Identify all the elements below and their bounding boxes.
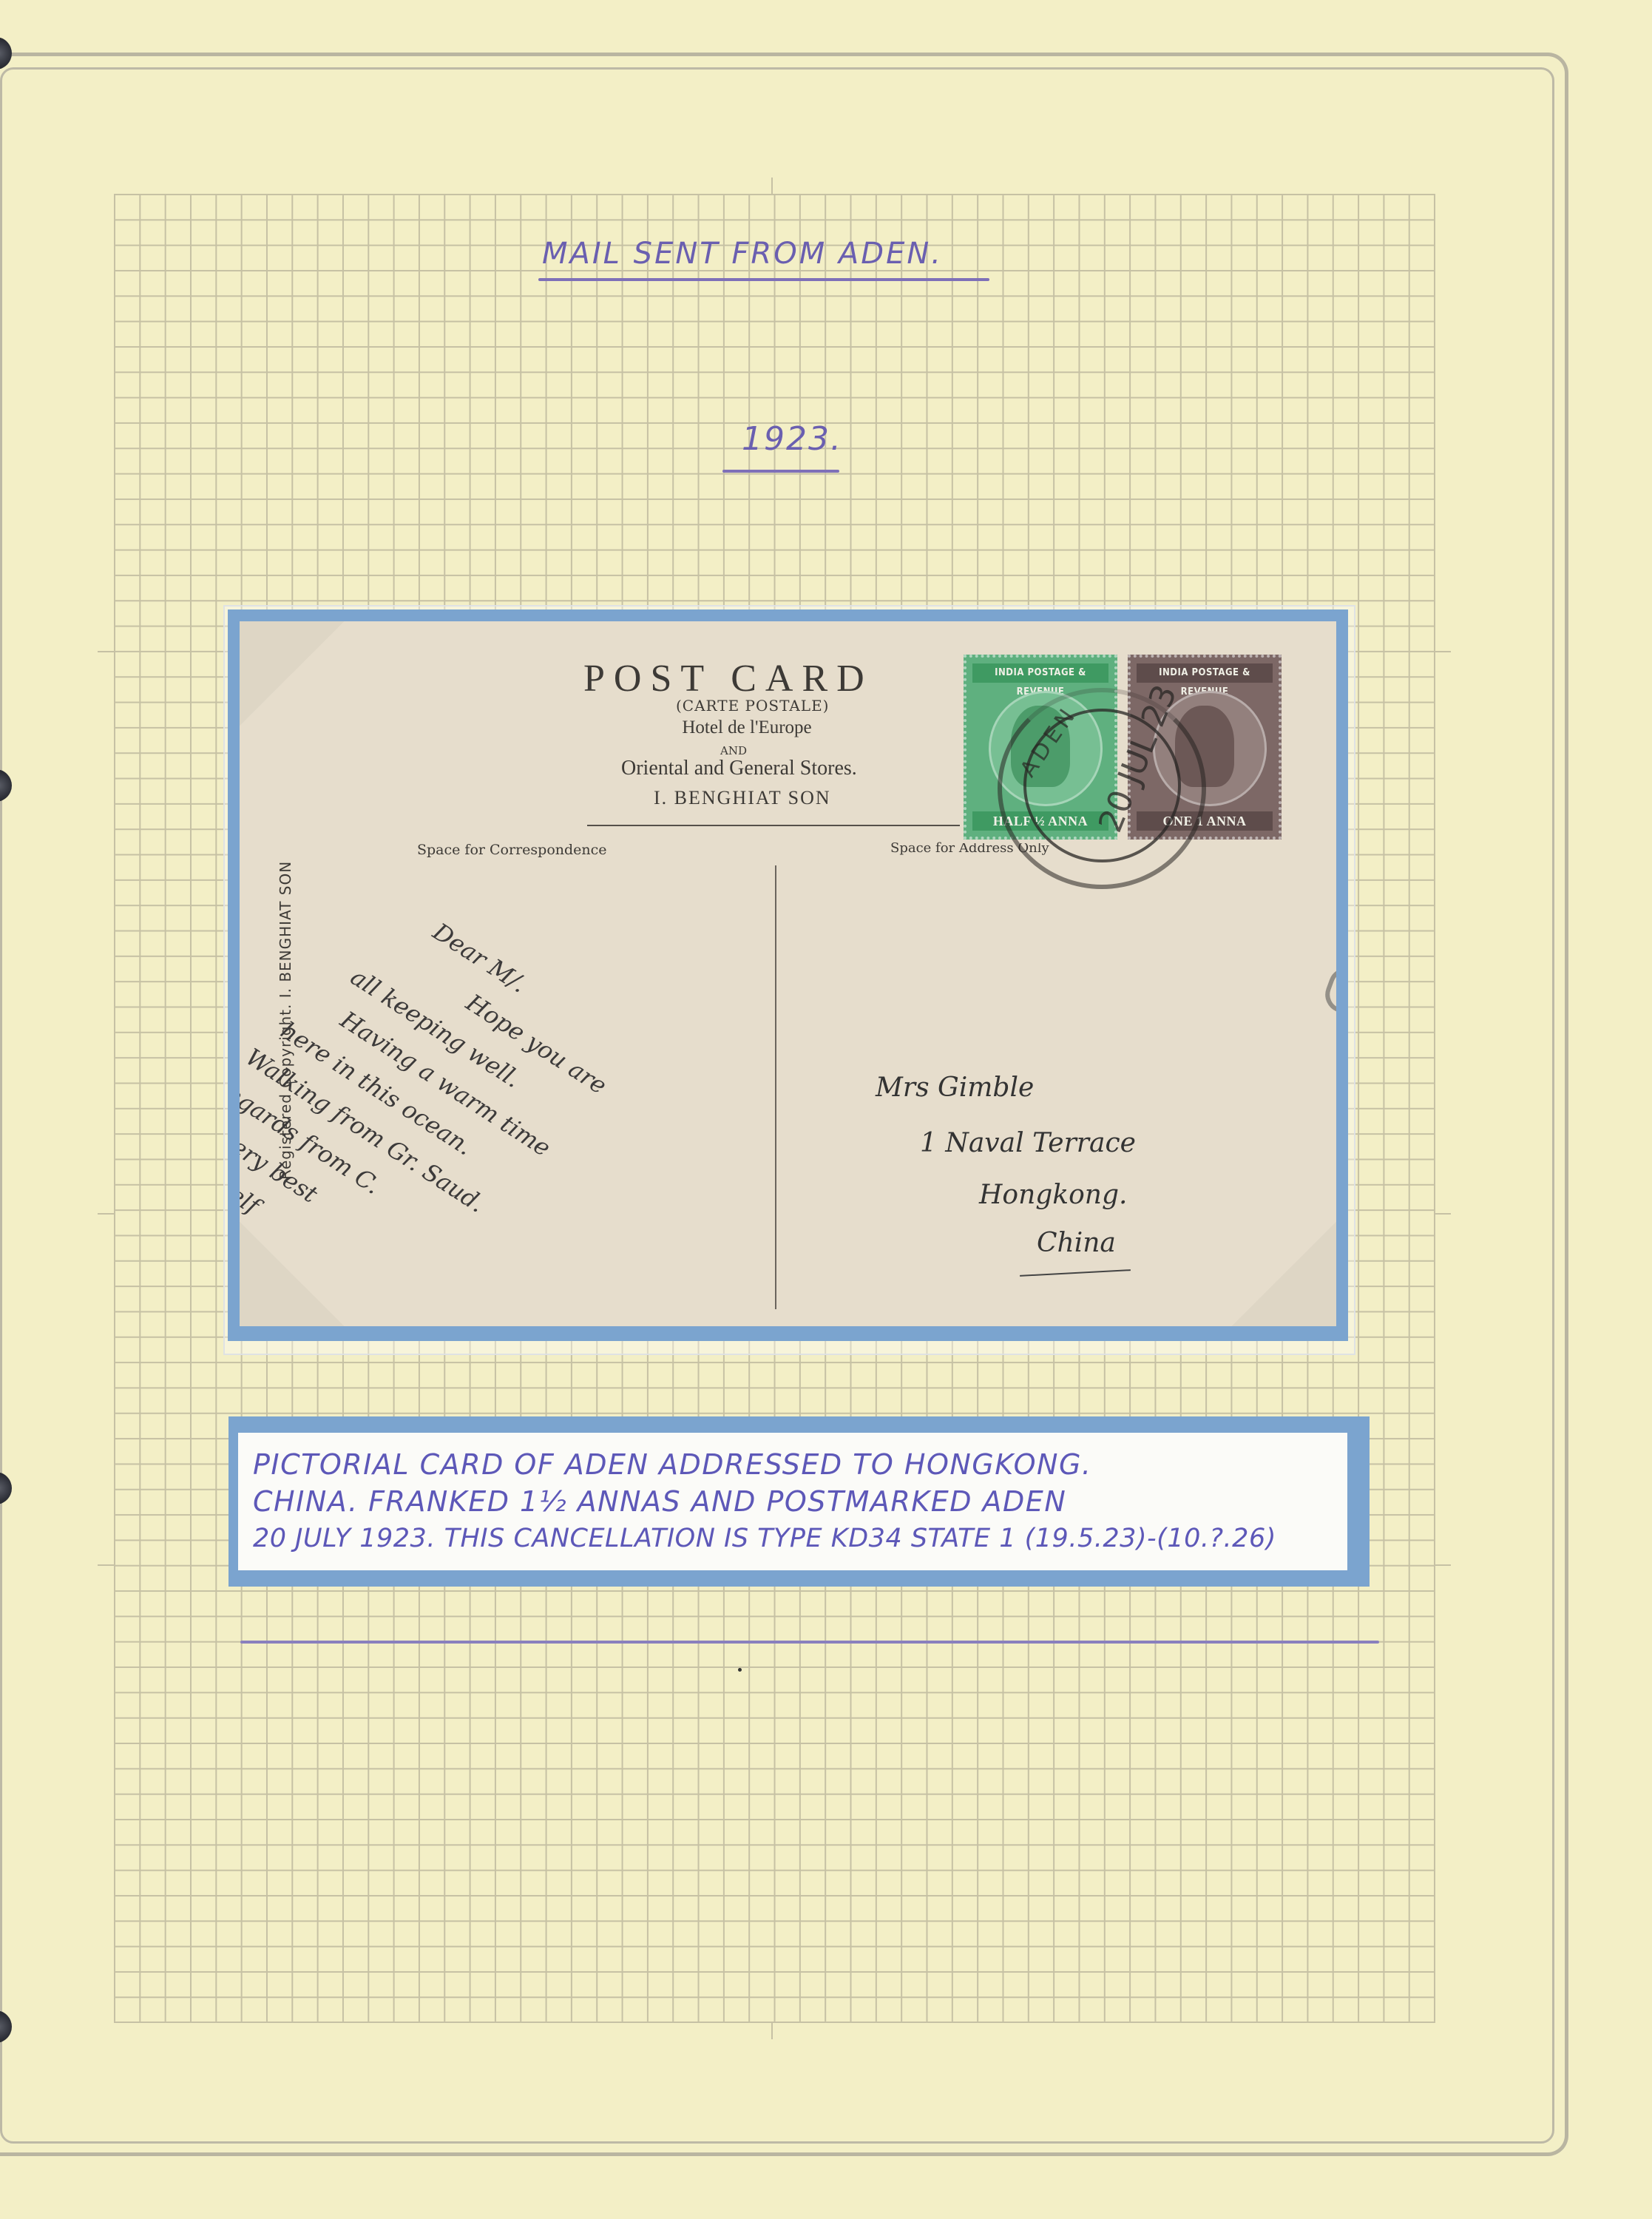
title-underline (538, 278, 989, 281)
grid-tick-mark (98, 1564, 114, 1566)
address-line: Mrs Gimble (876, 1073, 1034, 1103)
grid-tick-mark (98, 1213, 114, 1215)
postcard-stores: Oriental and General Stores. (621, 757, 857, 780)
bottom-rule (240, 1641, 1379, 1644)
postcard-firm: I. BENGHIAT SON (654, 787, 831, 809)
address-line: Hongkong. (979, 1180, 1127, 1210)
grid-tick-mark (771, 178, 773, 194)
grid-tick-mark (1435, 651, 1451, 652)
postcard-and: AND (720, 744, 747, 757)
postcard-center-divider (775, 865, 776, 1309)
grid-tick-mark (98, 651, 114, 652)
ink-speck (738, 1668, 742, 1672)
year-underline (722, 470, 839, 473)
caption-line: CHINA. FRANKED 1½ ANNAS AND POSTMARKED A… (253, 1483, 1333, 1520)
message-text: Dear M/. Hope you are all keeping well. … (240, 888, 638, 1326)
grid-tick-mark (771, 2023, 773, 2039)
caption-card: PICTORIAL CARD OF ADEN ADDRESSED TO HONG… (238, 1433, 1347, 1570)
postcard-subtitle: (CARTE POSTALE) (676, 697, 829, 715)
address-line: China (1037, 1228, 1116, 1258)
postcard[interactable]: POST CARD (CARTE POSTALE) Hotel de l'Eur… (240, 621, 1336, 1326)
correspondence-label: Space for Correspondence (417, 842, 607, 858)
page-title: MAIL SENT FROM ADEN. (542, 237, 943, 271)
address-line: 1 Naval Terrace (920, 1128, 1136, 1158)
grid-tick-mark (1435, 1564, 1451, 1566)
page-year: 1923. (742, 420, 842, 458)
postcard-title: POST CARD (583, 657, 873, 700)
photo-corner (1232, 1222, 1336, 1326)
stamp-top-text: INDIA POSTAGE & REVENUE (972, 663, 1108, 683)
caption-line: PICTORIAL CARD OF ADEN ADDRESSED TO HONG… (253, 1446, 1333, 1483)
postcard-header-rule (587, 825, 1001, 826)
postcard-hotel: Hotel de l'Europe (636, 717, 858, 738)
crown-handstamp-icon (1320, 962, 1336, 1021)
photo-corner (240, 621, 344, 726)
grid-tick-mark (1435, 1213, 1451, 1215)
address-underline (1020, 1269, 1131, 1277)
caption-line: 20 JULY 1923. THIS CANCELLATION IS TYPE … (253, 1520, 1333, 1557)
stamp-top-text: INDIA POSTAGE & REVENUE (1137, 663, 1273, 683)
